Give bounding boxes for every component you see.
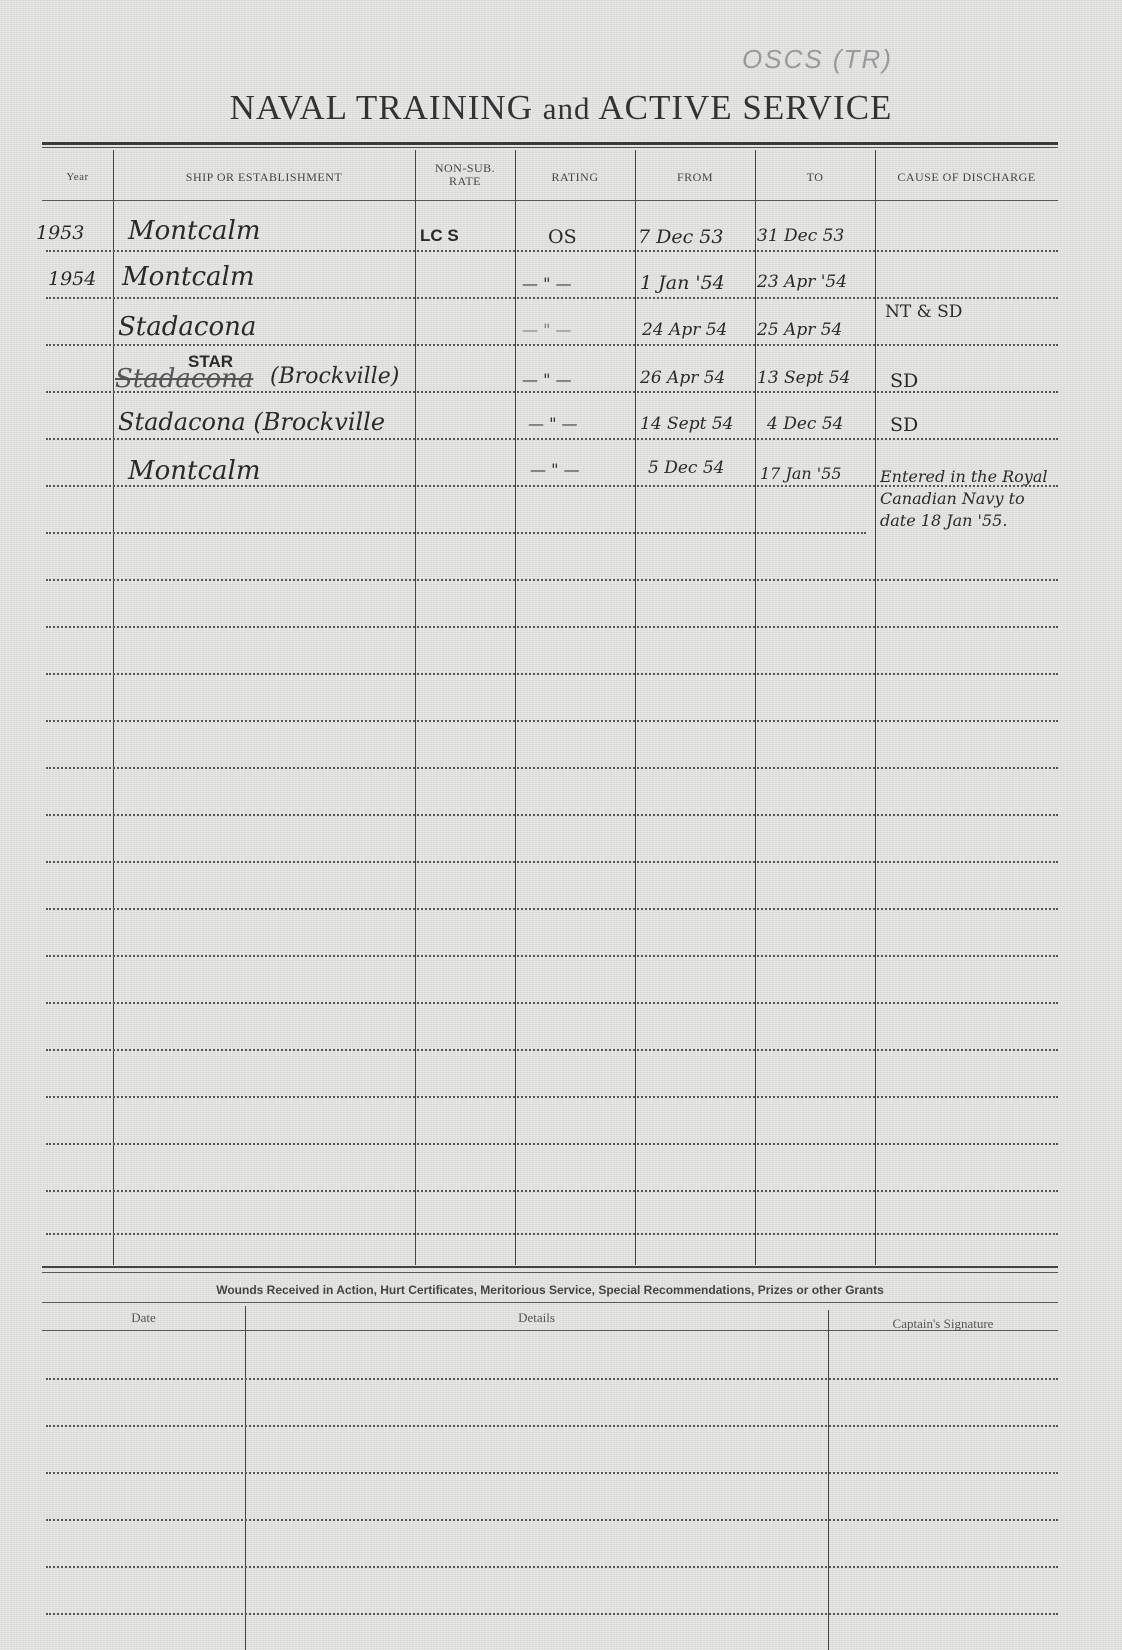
rating-cell: — " — <box>522 320 572 339</box>
to-cell: 13 Sept 54 <box>757 368 851 388</box>
title-part-1: NAVAL TRAINING <box>230 88 543 127</box>
title-part-2: and <box>543 91 591 126</box>
section-divider-inner <box>42 1272 1058 1273</box>
from-cell: 5 Dec 54 <box>648 458 724 478</box>
ship-cell: Montcalm <box>122 262 255 292</box>
year-cell: 1953 <box>36 222 84 244</box>
column-header-cause: CAUSE OF DISCHARGE <box>875 171 1058 184</box>
to-cell: 4 Dec 54 <box>767 414 843 434</box>
cause-cell: SD <box>890 414 918 436</box>
rating-cell: — " — <box>528 414 578 433</box>
column-header-to: TO <box>755 171 875 184</box>
from-cell: 24 Apr 54 <box>642 320 727 340</box>
grants-column-divider <box>828 1310 829 1650</box>
column-header-rating: RATING <box>515 171 635 184</box>
rating-cell: — " — <box>522 370 572 389</box>
ship-cell: Montcalm <box>128 216 261 246</box>
from-cell: 1 Jan '54 <box>640 272 725 294</box>
grants-header-date: Date <box>42 1310 245 1326</box>
ship-correction: STAR <box>188 352 233 372</box>
grants-header-details: Details <box>245 1310 828 1326</box>
grants-section-title: Wounds Received in Action, Hurt Certific… <box>42 1283 1058 1297</box>
to-cell: 17 Jan '55 <box>760 464 842 483</box>
grants-column-divider <box>245 1306 246 1650</box>
grants-header-captains-signature: Captain's Signature <box>828 1316 1058 1332</box>
grants-header-top-rule <box>42 1302 1058 1303</box>
non-sub-rate-cell: LC S <box>420 226 459 246</box>
reference-note: OSCS (TR) <box>742 44 893 75</box>
ship-cell: (Brockville) <box>270 364 399 389</box>
ship-cell: Stadacona <box>118 312 256 342</box>
to-cell: 31 Dec 53 <box>757 226 844 246</box>
section-divider <box>42 1266 1058 1268</box>
rating-cell: — " — <box>522 274 572 293</box>
column-header-non-sub-rate: NON-SUB. RATE <box>425 162 505 188</box>
page-title: NAVAL TRAINING and ACTIVE SERVICE <box>0 88 1122 128</box>
table-top-rule <box>42 142 1058 145</box>
column-header-ship: SHIP OR ESTABLISHMENT <box>113 171 415 184</box>
from-cell: 7 Dec 53 <box>638 226 723 248</box>
rating-cell: OS <box>548 226 577 248</box>
cause-cell: NT & SD <box>885 302 962 322</box>
ship-cell: Montcalm <box>128 456 261 486</box>
cause-cell: SD <box>890 370 918 392</box>
rating-cell: — " — <box>530 460 580 479</box>
ship-cell: Stadacona (Brockville <box>118 408 385 436</box>
to-cell: 23 Apr '54 <box>757 272 847 292</box>
header-bottom-rule <box>42 200 1058 201</box>
column-header-year: Year <box>42 171 113 184</box>
to-cell: 25 Apr 54 <box>757 320 842 340</box>
from-cell: 26 Apr 54 <box>640 368 725 388</box>
table-top-rule-inner <box>42 147 1058 148</box>
year-cell: 1954 <box>48 268 96 290</box>
cause-cell: Entered in the Royal Canadian Navy to da… <box>880 466 1058 532</box>
title-part-3: ACTIVE SERVICE <box>591 88 893 127</box>
column-header-from: FROM <box>635 171 755 184</box>
from-cell: 14 Sept 54 <box>640 414 734 434</box>
